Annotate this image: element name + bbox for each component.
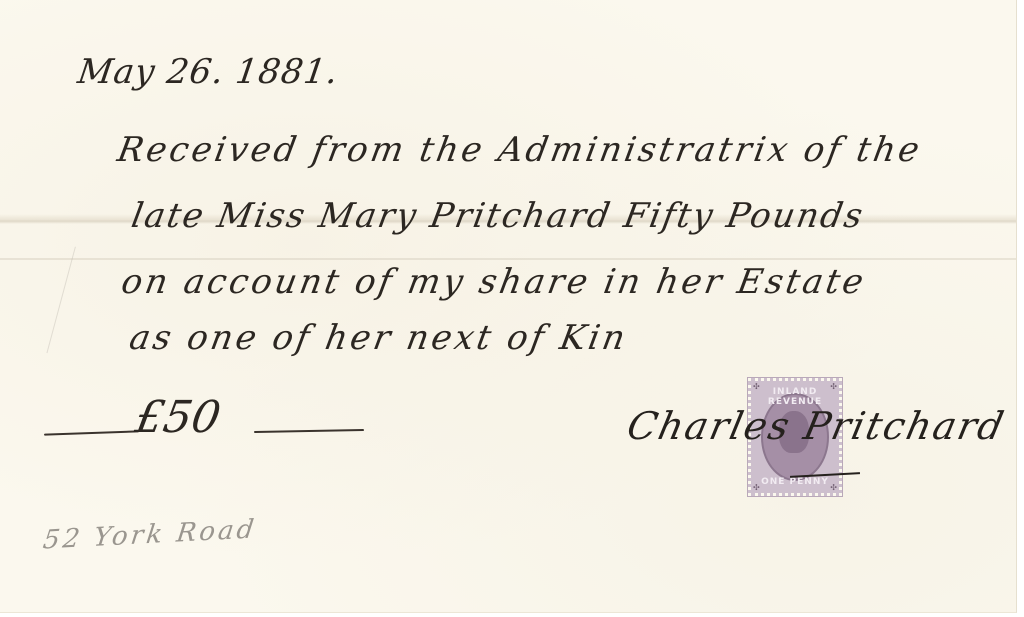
- amount-flourish-left: [44, 430, 139, 435]
- stamp-corner-ornament-icon: ✣: [830, 483, 837, 492]
- stamp-bottom-text: ONE PENNY: [751, 477, 839, 487]
- stamp-corner-ornament-icon: ✣: [753, 382, 760, 391]
- stamp-corner-ornament-icon: ✣: [753, 483, 760, 492]
- receipt-line-3: on account of my share in her Estate: [118, 262, 869, 302]
- stamp-corner-ornament-icon: ✣: [830, 382, 837, 391]
- amount-flourish-right: [254, 429, 364, 433]
- receipt-line-4: as one of her next of Kin: [126, 318, 631, 358]
- receipt-date: May 26. 1881.: [75, 52, 341, 92]
- pencil-address-note: 52 York Road: [41, 514, 258, 555]
- signature: Charles Pritchard: [623, 404, 1009, 448]
- receipt-line-1: Received from the Administratrix of the: [114, 130, 925, 170]
- amount-value: £50: [132, 392, 225, 443]
- paper-crease: [0, 258, 1016, 260]
- amount-block: £50: [44, 392, 364, 452]
- receipt-paper: May 26. 1881. Received from the Administ…: [0, 0, 1017, 613]
- faint-pencil-mark: [46, 247, 114, 364]
- receipt-line-2: late Miss Mary Pritchard Fifty Pounds: [128, 196, 867, 236]
